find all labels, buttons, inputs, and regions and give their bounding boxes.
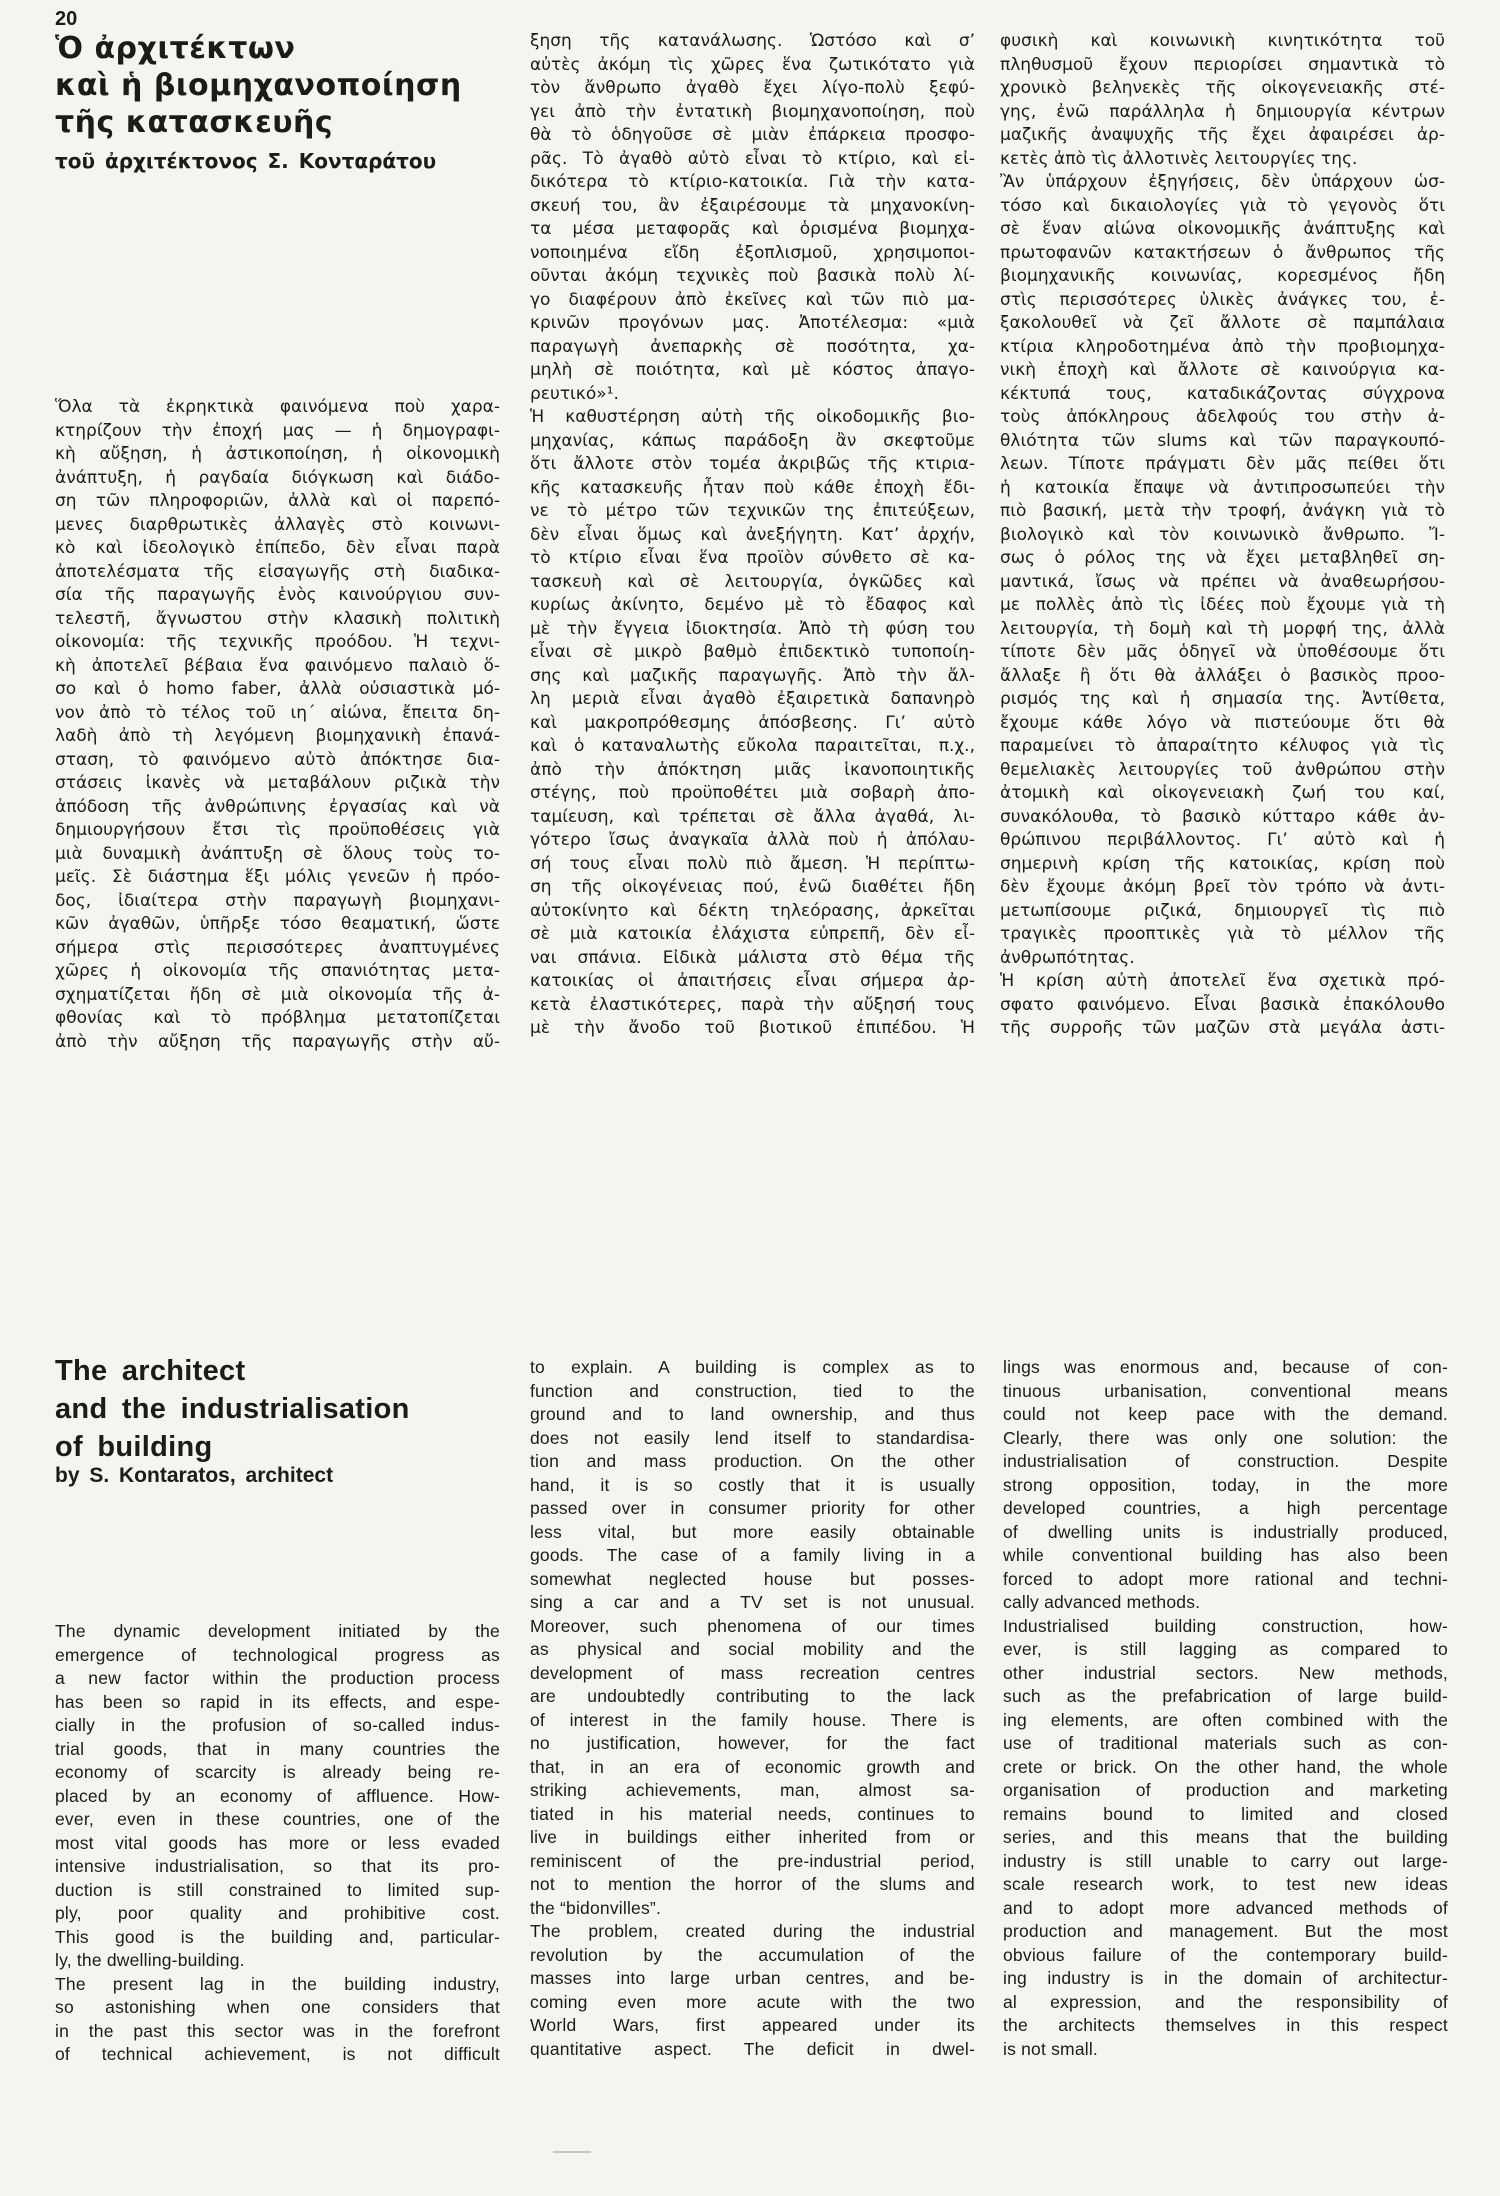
- text-line: θεμελιακὲς λειτουργίες τοῦ ἀνθρώπου στὴν: [1000, 759, 1445, 783]
- text-line: σὲ ἕναν αἰώνα οἰκονομικῆς ἀνάπτυξης καὶ: [1000, 218, 1445, 242]
- text-line: κρινῶν προγόνων μας. Ἀποτέλεσμα: «μιὰ: [530, 312, 975, 336]
- text-line: φυσικὴ καὶ κοινωνικὴ κινητικότητα τοῦ: [1000, 30, 1445, 54]
- text-line: ever, even in these countries, one of th…: [55, 1808, 500, 1832]
- text-line: λαδὴ ἀπὸ τὴ λεγόμενη βιομηχανικὴ ἐπανά-: [55, 725, 500, 749]
- text-line: ξηση τῆς κατανάλωσης. Ὡστόσο καὶ σ’: [530, 30, 975, 54]
- text-line: συνακόλουθα, τὸ βασικὸ κύτταρο κάθε ἀν-: [1000, 806, 1445, 830]
- text-line: κυρίως ἀκίνητο, δεμένο μὲ τὸ ἔδαφος καὶ: [530, 594, 975, 618]
- text-line: industrialisation of construction. Despi…: [1003, 1450, 1448, 1474]
- english-column-2: to explain. A building is complex as tof…: [530, 1356, 975, 2061]
- greek-column-3: φυσικὴ καὶ κοινωνικὴ κινητικότητα τοῦπλη…: [1000, 30, 1445, 1041]
- text-line: οἰκονομία: τῆς τεχνικῆς προόδου. Ἡ τεχνι…: [55, 631, 500, 655]
- text-line: λειτουργία, τὴ δομὴ καὶ τὴ μορφή της, ἀλ…: [1000, 618, 1445, 642]
- text-line: trial goods, that in many countries the: [55, 1738, 500, 1762]
- text-line: reminiscent of the pre-industrial period…: [530, 1850, 975, 1874]
- text-line: μιὰ δυναμικὴ ἀνάπτυξη σὲ ὅλους τοὺς το-: [55, 843, 500, 867]
- text-line: other industrial sectors. New methods,: [1003, 1662, 1448, 1686]
- text-line: Ἡ κρίση αὐτὴ ἀποτελεῖ ἕνα σχετικὰ πρό-: [1000, 970, 1445, 994]
- text-line: κέκτυπά τους, καταδικάζοντας σύγχρονα: [1000, 383, 1445, 407]
- text-line: νοποιημένα εἴδη ἐξοπλισμοῦ, χρησιμοποι-: [530, 242, 975, 266]
- text-line: cially in the profusion of so-called ind…: [55, 1714, 500, 1738]
- text-line: γότερο ἴσως ἀναγκαῖα ἀλλὰ ποὺ ἡ ἀπόλαυ-: [530, 829, 975, 853]
- text-line: ρᾶς. Τὸ ἀγαθὸ αὐτὸ εἶναι τὸ κτίριο, καὶ …: [530, 148, 975, 172]
- magazine-page: 20 Ὁ ἀρχιτέκτων καὶ ἡ βιομηχανοποίηση τῆ…: [0, 0, 1500, 2196]
- text-line: placed by an economy of affluence. How-: [55, 1785, 500, 1809]
- text-line: ing elements, are often combined with th…: [1003, 1709, 1448, 1733]
- text-line: δημιουργήσουν ἔτσι τὶς προϋποθέσεις γιὰ: [55, 819, 500, 843]
- text-line: cally advanced methods.: [1003, 1591, 1448, 1615]
- english-title-line-3: of building: [55, 1428, 525, 1466]
- text-line: ἔχουμε κάθε λόγο νὰ πιστεύουμε ὅτι θὰ: [1000, 712, 1445, 736]
- text-line: ἀποτελέσματα τῆς εἰσαγωγῆς στὴ διαδικα-: [55, 561, 500, 585]
- text-line: αὐτὲς ἀκόμη τὶς χῶρες ἕνα ζωτικότατο γιὰ: [530, 54, 975, 78]
- text-line: development of mass recreation centres: [530, 1662, 975, 1686]
- text-line: ing industry is in the domain of archite…: [1003, 1967, 1448, 1991]
- text-line: organisation of production and marketing: [1003, 1779, 1448, 1803]
- text-line: παραγωγὴ ἀνεπαρκὴς σὲ ποσότητα, χα-: [530, 336, 975, 360]
- text-line: ση τῶν πληροφοριῶν, ἀλλὰ καὶ οἱ παρεπό-: [55, 490, 500, 514]
- text-line: so astonishing when one considers that: [55, 1996, 500, 2020]
- text-line: that, in an era of economic growth and: [530, 1756, 975, 1780]
- text-line: industry is still unable to carry out la…: [1003, 1850, 1448, 1874]
- text-line: κῆς κατασκευῆς ἦταν ποὺ κάθε ἐποχὴ ἔδι-: [530, 477, 975, 501]
- text-line: δὲν εἶναι ὅμως καὶ ἀνεξήγητη. Κατ’ ἀρχήν…: [530, 524, 975, 548]
- page-number: 20: [55, 8, 77, 31]
- text-line: μετωπίσουμε ριζικά, δημιουργεῖ τὶς πιὸ: [1000, 900, 1445, 924]
- text-line: function and construction, tied to the: [530, 1380, 975, 1404]
- text-line: tion and mass production. On the other: [530, 1450, 975, 1474]
- text-line: ὅτι ἄλλοτε στὸν τομέα ἀκριβῶς τῆς κτιρια…: [530, 453, 975, 477]
- text-line: The problem, created during the industri…: [530, 1920, 975, 1944]
- text-line: Clearly, there was only one solution: th…: [1003, 1427, 1448, 1451]
- text-line: μαντικά, ἴσως νὰ πρέπει νὰ ἀναθεωρήσου-: [1000, 571, 1445, 595]
- text-line: σία τῆς παραγωγῆς ἑνὸς καινούργιου συν-: [55, 584, 500, 608]
- text-line: πιὸ βασική, μετὰ τὴν τροφή, ἀνάγκη γιὰ τ…: [1000, 500, 1445, 524]
- text-line: σφατο φαινόμενο. Εἶναι βασικὰ ἐπακόλουθο: [1000, 994, 1445, 1018]
- text-line: ταμίευση, καὶ τρέπεται σὲ ἄλλα ἀγαθά, λι…: [530, 806, 975, 830]
- text-line: ἄλλαξε ἢ ὅτι θὰ ἀλλάξει ὁ βασικὸς προο-: [1000, 665, 1445, 689]
- text-line: Industrialised building construction, ho…: [1003, 1615, 1448, 1639]
- text-line: δικότερα τὸ κτίριο-κατοικία. Γιὰ τὴν κατ…: [530, 171, 975, 195]
- text-line: developed countries, a high percentage: [1003, 1497, 1448, 1521]
- text-line: ση τῆς οἰκογένειας πού, ἐνῶ διαθέτει ἤδη: [530, 876, 975, 900]
- text-line: χῶρες ἡ οἰκονομία τῆς σπανιότητας μετα-: [55, 960, 500, 984]
- text-line: of technical achievement, is not difficu…: [55, 2043, 500, 2067]
- text-line: goods. The case of a family living in a: [530, 1544, 975, 1568]
- text-line: θρώπινου περιβάλλοντος. Γι’ αὐτὸ καὶ ἡ: [1000, 829, 1445, 853]
- text-line: of dwelling units is industrially produc…: [1003, 1521, 1448, 1545]
- text-line: τα μέσα μεταφορᾶς καὶ ὁρισμένα βιομηχα-: [530, 218, 975, 242]
- text-line: does not easily lend itself to standardi…: [530, 1427, 975, 1451]
- text-line: ἀνθρωπότητας.: [1000, 947, 1445, 971]
- text-line: μὲ τὴν ἔγγεια ἰδιοκτησία. Ἀπὸ τὴ φύση το…: [530, 618, 975, 642]
- text-line: production and management. But the most: [1003, 1920, 1448, 1944]
- text-line: σης καὶ μαζικῆς παραγωγῆς. Ἀπὸ τὴν ἄλ-: [530, 665, 975, 689]
- english-author-byline: by S. Kontaratos, architect: [55, 1464, 525, 1488]
- text-line: δὲν ἔχουμε ἀκόμη βρεῖ τὸν τρόπο νὰ ἀντι-: [1000, 876, 1445, 900]
- text-line: ply, poor quality and prohibitive cost.: [55, 1902, 500, 1926]
- text-line: sing a car and a TV set is not unusual.: [530, 1591, 975, 1615]
- text-line: οῦνται ἀκόμη τεχνικὲς ποὺ βασικὰ πολὺ λί…: [530, 265, 975, 289]
- text-line: τίποτε δὲν μᾶς ὁδηγεῖ νὰ ὑποθέσουμε ὅτι: [1000, 641, 1445, 665]
- text-line: στάσεις ἱκανὲς νὰ μεταβάλουν ριζικὰ τὴν: [55, 772, 500, 796]
- text-line: πληθυσμοῦ ἔχουν περιορίσει σημαντικὰ τὸ: [1000, 54, 1445, 78]
- text-line: intensive industrialisation, so that its…: [55, 1855, 500, 1879]
- english-article-title: The architect and the industrialisation …: [55, 1352, 525, 1466]
- text-line: εἶναι σὲ μικρὸ βαθμὸ ἐπιδεκτικὸ τυποποίη…: [530, 641, 975, 665]
- text-line: ρισμός της καὶ ἡ σημασία της. Ἀντίθετα,: [1000, 688, 1445, 712]
- text-line: This good is the building and, particula…: [55, 1926, 500, 1950]
- text-line: σή τους εἶναι πολὺ πιὸ ἄμεση. Ἡ περίπτω-: [530, 853, 975, 877]
- text-line: not to mention the horror of the slums a…: [530, 1873, 975, 1897]
- greek-column-2: ξηση τῆς κατανάλωσης. Ὡστόσο καὶ σ’αὐτὲς…: [530, 30, 975, 1041]
- text-line: κὴ αὔξηση, ἡ ἀστικοποίηση, ἡ οἰκονομικὴ: [55, 443, 500, 467]
- text-line: passed over in consumer priority for oth…: [530, 1497, 975, 1521]
- english-title-line-2: and the industrialisation: [55, 1390, 525, 1428]
- text-line: σήμερα στὶς περισσότερες ἀναπτυγμένες: [55, 937, 500, 961]
- text-line: masses into large urban centres, and be-: [530, 1967, 975, 1991]
- greek-author-byline: τοῦ ἀρχιτέκτονος Σ. Κονταράτου: [55, 149, 525, 173]
- text-line: χρονικὸ βεληνεκὲς τῆς οἰκογενειακῆς στέ-: [1000, 77, 1445, 101]
- text-line: κτηρίζουν τὴν ἐποχή μας — ἡ δημογραφι-: [55, 420, 500, 444]
- text-line: κατοικίας οἱ ἀπαιτήσεις εἶναι σήμερα ἀρ-: [530, 970, 975, 994]
- text-line: μαζικῆς ἀναψυχῆς τῆς ἔχει ἀφαιρέσει ἀρ-: [1000, 124, 1445, 148]
- text-line: ἀτομικὴ καὶ οἰκογενειακὴ ζωή του καί,: [1000, 782, 1445, 806]
- text-line: scale research work, to test new ideas: [1003, 1873, 1448, 1897]
- text-line: παραμείνει τὸ ἀπαραίτητο κέλυφος γιὰ τὶς: [1000, 735, 1445, 759]
- text-line: The present lag in the building industry…: [55, 1973, 500, 1997]
- text-line: φθονίας καὶ τὸ πρόβλημα μετατοπίζεται: [55, 1007, 500, 1031]
- text-line: the “bidonvilles”.: [530, 1897, 975, 1921]
- text-line: ground and to land ownership, and thus: [530, 1403, 975, 1427]
- text-line: while conventional building has also bee…: [1003, 1544, 1448, 1568]
- text-line: κὴ ἀποτελεῖ βέβαια ἕνα φαινόμενο παλαιὸ …: [55, 655, 500, 679]
- text-line: κτίρια κληροδοτημένα ἀπὸ τὴν προβιομηχα-: [1000, 336, 1445, 360]
- text-line: σο καὶ ὁ homo faber, ἀλλὰ οὐσιαστικὰ μό-: [55, 678, 500, 702]
- text-line: forced to adopt more rational and techni…: [1003, 1568, 1448, 1592]
- text-line: has been so rapid in its effects, and es…: [55, 1691, 500, 1715]
- text-line: to explain. A building is complex as to: [530, 1356, 975, 1380]
- text-line: σκευή του, ἂν ἐξαιρέσουμε τὰ μηχανοκίνη-: [530, 195, 975, 219]
- text-line: καὶ ὁ καταναλωτὴς εὔκολα παραιτεῖται, π.…: [530, 735, 975, 759]
- text-line: θὰ τὸ ὁδηγοῦσε σὲ μιὰν ἐπάρκεια προσφο-: [530, 124, 975, 148]
- text-line: βιολογικὸ καὶ τὸν κοινωνικὸ ἄνθρωπο. Ἴ-: [1000, 524, 1445, 548]
- text-line: ξακολουθεῖ νὰ ζεῖ ἄλλοτε σὲ παμπάλαια: [1000, 312, 1445, 336]
- text-line: σως ὁ ρόλος της νὰ ἔχει μεταβληθεῖ ση-: [1000, 547, 1445, 571]
- text-line: τασκευὴ καὶ σὲ λειτουργία, ὀγκῶδες καὶ: [530, 571, 975, 595]
- text-line: is not small.: [1003, 2038, 1448, 2062]
- text-line: νον ἀπὸ τὸ τέλος τοῦ ιη΄ αἰώνα, ἔπειτα δ…: [55, 702, 500, 726]
- text-line: θλιότητα τῶν slums καὶ τῶν παραγκουπό-: [1000, 430, 1445, 454]
- text-line: less vital, but more easily obtainable: [530, 1521, 975, 1545]
- text-line: μηχανίας, κάπως παράδοξη ἂν σκεφτοῦμε: [530, 430, 975, 454]
- text-line: remains bound to limited and closed: [1003, 1803, 1448, 1827]
- text-line: στέγης, ποὺ προϋποθέτει μιὰ σοβαρὴ ἀπο-: [530, 782, 975, 806]
- text-line: πρωτοφανῶν κατακτήσεων ὁ ἄνθρωπος τῆς: [1000, 242, 1445, 266]
- text-line: τῆς συρροῆς τῶν μαζῶν στὰ μεγάλα ἀστι-: [1000, 1017, 1445, 1041]
- greek-title-line-1: Ὁ ἀρχιτέκτων: [55, 30, 525, 67]
- text-line: ἀπὸ τὴν ἀπόκτηση μιᾶς ἱκανοποιητικῆς: [530, 759, 975, 783]
- english-title-line-1: The architect: [55, 1352, 525, 1390]
- text-line: ἡ κατοικία ἔπαψε νὰ ἀντιπροσωπεύει τὴν: [1000, 477, 1445, 501]
- text-line: αὐτοκίνητο καὶ δέκτη τηλεόρασης, ἀρκεῖτα…: [530, 900, 975, 924]
- greek-title-line-3: τῆς κατασκευῆς: [55, 104, 525, 141]
- text-line: striking achievements, man, almost sa-: [530, 1779, 975, 1803]
- text-line: λη μεριὰ εἶναι ἀγαθὸ ἐξαιρετικὰ δαπανηρὸ: [530, 688, 975, 712]
- text-line: νικὴ ἐποχὴ καὶ ἄλλοτε σὲ καινούργια κα-: [1000, 359, 1445, 383]
- text-line: τόσο καὶ δικαιολογίες γιὰ τὸ γεγονὸς ὅτι: [1000, 195, 1445, 219]
- text-line: revolution by the accumulation of the: [530, 1944, 975, 1968]
- text-line: σὲ μιὰ κατοικία ἐλάχιστα εὐπρεπῆ, δὲν εἶ…: [530, 923, 975, 947]
- text-line: The dynamic development initiated by the: [55, 1620, 500, 1644]
- text-line: lings was enormous and, because of con-: [1003, 1356, 1448, 1380]
- text-line: βιομηχανικῆς κοινωνίας, κορεσμένος ἤδη: [1000, 265, 1445, 289]
- text-line: Ὅλα τὰ ἐκρηκτικὰ φαινόμενα ποὺ χαρα-: [55, 396, 500, 420]
- text-line: σταση, τὸ φαινόμενο αὐτὸ ἀπόκτησε δια-: [55, 749, 500, 773]
- text-line: Ἡ καθυστέρηση αὐτὴ τῆς οἰκοδομικῆς βιο-: [530, 406, 975, 430]
- text-line: τελεστῆ, ἄγνωστου στὴν κλασικὴ πολιτικὴ: [55, 608, 500, 632]
- greek-article-title: Ὁ ἀρχιτέκτων καὶ ἡ βιομηχανοποίηση τῆς κ…: [55, 30, 525, 141]
- text-line: are undoubtedly contributing to the lack: [530, 1685, 975, 1709]
- text-line: tiated in his material needs, continues …: [530, 1803, 975, 1827]
- text-line: στὶς περισσότερες ὑλικὲς ἀνάγκες του, ἐ-: [1000, 289, 1445, 313]
- text-line: coming even more acute with the two: [530, 1991, 975, 2015]
- text-line: the architects themselves in this respec…: [1003, 2014, 1448, 2038]
- text-line: obvious failure of the contemporary buil…: [1003, 1944, 1448, 1968]
- text-line: ly, the dwelling-building.: [55, 1949, 500, 1973]
- text-line: and to adopt more advanced methods of: [1003, 1897, 1448, 1921]
- text-line: κετὲς ἀπὸ τὶς ἀλλοτινὲς λειτουργίες της.: [1000, 148, 1445, 172]
- text-line: με πολλὲς ἀπὸ τὶς ἰδέες ποὺ ἔχουμε γιὰ τ…: [1000, 594, 1445, 618]
- text-line: ἀνάπτυξη, ἡ ραγδαία διόγκωση καὶ διάδο-: [55, 467, 500, 491]
- text-line: live in buildings either inherited from …: [530, 1826, 975, 1850]
- greek-column-1: Ὅλα τὰ ἐκρηκτικὰ φαινόμενα ποὺ χαρα-κτηρ…: [55, 396, 500, 1054]
- text-line: γει ἀπὸ τὴν ἐντατικὴ βιομηχανοποίηση, πο…: [530, 101, 975, 125]
- text-line: duction is still constrained to limited …: [55, 1879, 500, 1903]
- text-line: strong opposition, today, in the more: [1003, 1474, 1448, 1498]
- text-line: κετὰ ἐλαστικότερες, παρὰ τὴν αὔξησή τους: [530, 994, 975, 1018]
- text-line: as physical and social mobility and the: [530, 1638, 975, 1662]
- text-line: al expression, and the responsibility of: [1003, 1991, 1448, 2015]
- text-line: crete or brick. On the other hand, the w…: [1003, 1756, 1448, 1780]
- text-line: μὲ τὴν ἄνοδο τοῦ βιοτικοῦ ἐπιπέδου. Ἡ: [530, 1017, 975, 1041]
- english-column-3: lings was enormous and, because of con-t…: [1003, 1356, 1448, 2061]
- text-line: μηλὴ σὲ ποιότητα, καὶ μὲ κόστος ἀπαγο-: [530, 359, 975, 383]
- text-line: Ἂν ὑπάρχουν ἐξηγήσεις, δὲν ὑπάρχουν ὡσ-: [1000, 171, 1445, 195]
- text-line: in the past this sector was in the foref…: [55, 2020, 500, 2044]
- text-line: τραγικὲς προοπτικὲς γιὰ τὸ μέλλον τῆς: [1000, 923, 1445, 947]
- greek-title-line-2: καὶ ἡ βιομηχανοποίηση: [55, 67, 525, 104]
- text-line: ναι σπάνια. Εἰδικὰ μάλιστα στὸ θέμα τῆς: [530, 947, 975, 971]
- text-line: hand, it is so costly that it is usually: [530, 1474, 975, 1498]
- text-line: ρευτικό»¹.: [530, 383, 975, 407]
- text-line: καὶ μακροπρόθεσμης ἀπόσβεσης. Γι’ αὐτὸ: [530, 712, 975, 736]
- text-line: emergence of technological progress as: [55, 1644, 500, 1668]
- text-line: δος, ἰδιαίτερα στὴν παραγωγὴ βιομηχανι-: [55, 890, 500, 914]
- text-line: τοὺς ἀπόκληρους ἀδελφούς του στὴν ἀ-: [1000, 406, 1445, 430]
- text-line: a new factor within the production proce…: [55, 1667, 500, 1691]
- text-line: κῶν ἀγαθῶν, ὑπῆρξε τόσο θεαματική, ὥστε: [55, 913, 500, 937]
- text-line: τὸν ἄνθρωπο ἀγαθὸ ἔχει λίγο-πολὺ ξεφύ-: [530, 77, 975, 101]
- text-line: Moreover, such phenomena of our times: [530, 1615, 975, 1639]
- text-line: somewhat neglected house but posses-: [530, 1568, 975, 1592]
- text-line: most vital goods has more or less evaded: [55, 1832, 500, 1856]
- text-line: could not keep pace with the demand.: [1003, 1403, 1448, 1427]
- text-line: no justification, however, for the fact: [530, 1732, 975, 1756]
- text-line: τὸ κτίριο εἶναι ἕνα προϊὸν σύνθετο σὲ κα…: [530, 547, 975, 571]
- text-line: ἀπόδοση τῆς ἀνθρώπινης ἐργασίας καὶ νὰ: [55, 796, 500, 820]
- text-line: series, and this means that the building: [1003, 1826, 1448, 1850]
- text-line: νε τὸ μέτρο τῶν τεχνικῶν της ἐπιτεύξεων,: [530, 500, 975, 524]
- text-line: ever, is still lagging as compared to: [1003, 1638, 1448, 1662]
- text-line: μενες διαρθρωτικὲς ἀλλαγὲς στὸ κοινωνι-: [55, 514, 500, 538]
- text-line: such as the prefabrication of large buil…: [1003, 1685, 1448, 1709]
- text-line: of interest in the family house. There i…: [530, 1709, 975, 1733]
- english-column-1: The dynamic development initiated by the…: [55, 1620, 500, 2067]
- text-line: World Wars, first appeared under its: [530, 2014, 975, 2038]
- text-line: κὸ καὶ ἰδεολογικὸ ἐπίπεδο, δὲν εἶναι παρ…: [55, 537, 500, 561]
- text-line: γης, ἐνῶ παράλληλα ἡ δημιουργία κέντρων: [1000, 101, 1445, 125]
- text-line: σημερινὴ κρίση τῆς κατοικίας, κρίση ποὺ: [1000, 853, 1445, 877]
- text-line: μεῖς. Σὲ διάστημα ἕξι μόλις γενεῶν ἡ πρό…: [55, 866, 500, 890]
- text-line: tinuous urbanisation, conventional means: [1003, 1380, 1448, 1404]
- text-line: σχηματίζεται ἤδη σὲ μιὰ οἰκονομία τῆς ἀ-: [55, 984, 500, 1008]
- text-line: γο διαφέρουν ἀπὸ ἐκεῖνες καὶ τῶν πιὸ μα-: [530, 289, 975, 313]
- scan-artifact-mark: [553, 2151, 591, 2153]
- text-line: use of traditional materials such as con…: [1003, 1732, 1448, 1756]
- text-line: economy of scarcity is already being re-: [55, 1761, 500, 1785]
- text-line: quantitative aspect. The deficit in dwel…: [530, 2038, 975, 2062]
- text-line: λεων. Τίποτε πράγματι δὲν μᾶς πείθει ὅτι: [1000, 453, 1445, 477]
- text-line: ἀπὸ τὴν αὔξηση τῆς παραγωγῆς στὴν αὔ-: [55, 1031, 500, 1055]
